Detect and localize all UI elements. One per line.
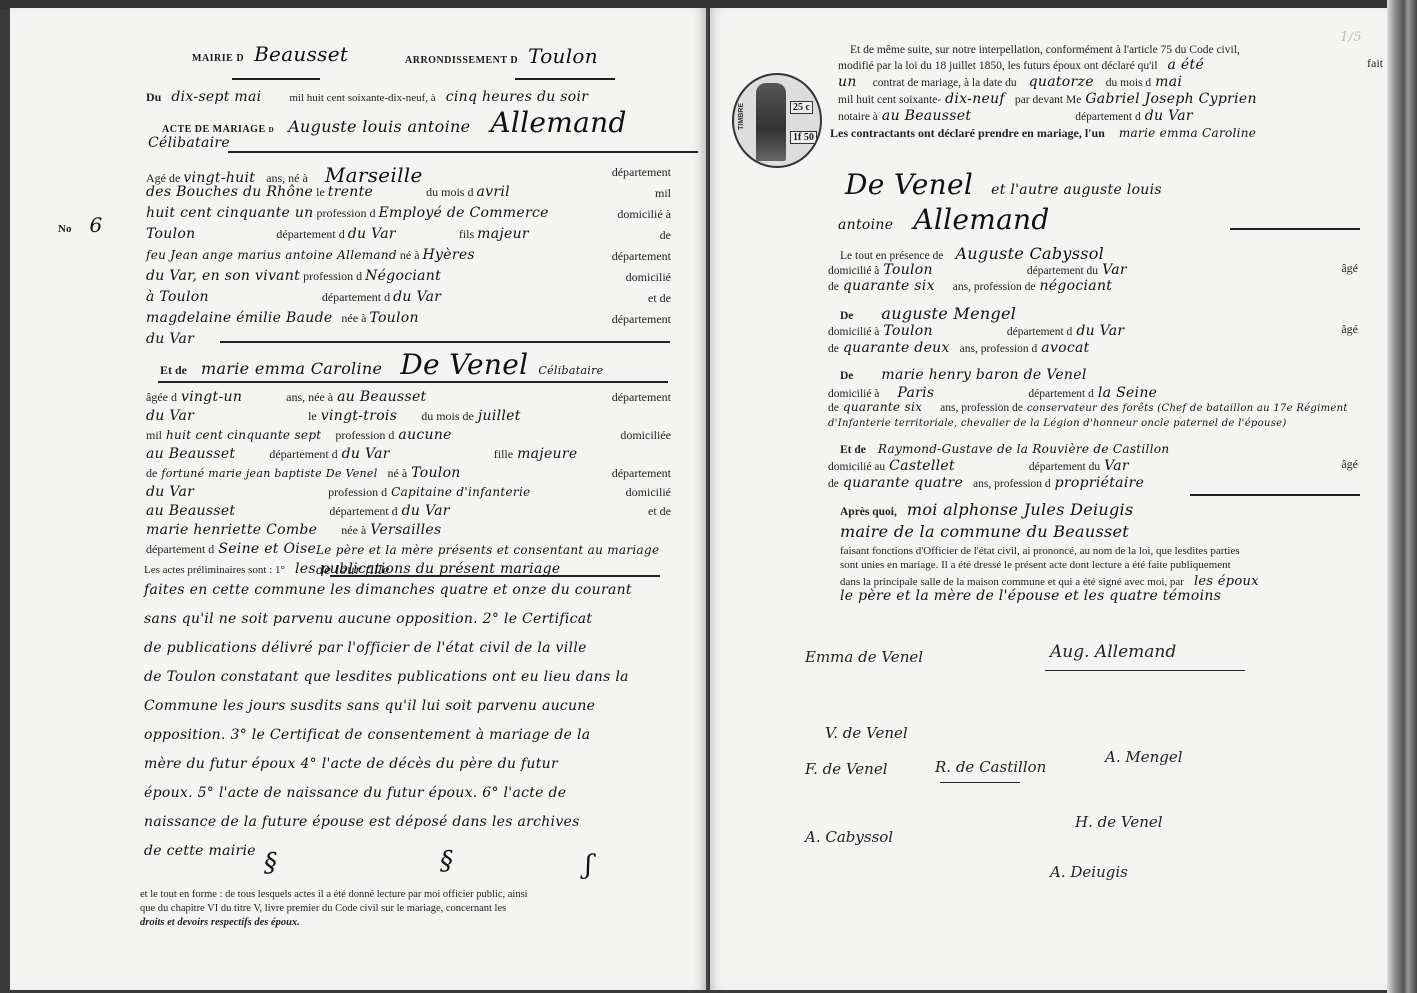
bride-row-3: mil huit cent cinquante sept profession … <box>146 426 671 446</box>
label: du mois d <box>426 185 473 199</box>
bride-row-2: du Var le vingt-trois du mois de juillet <box>146 407 671 427</box>
bride-birth-dept: du Var <box>146 408 194 424</box>
faint-page-number: 1/5 <box>1340 30 1362 45</box>
contract-block: Et de même suite, sur notre interpellati… <box>838 44 1383 144</box>
groom-domicile: Toulon <box>146 226 195 242</box>
rule <box>940 782 1020 783</box>
label: de <box>660 228 671 243</box>
label: département <box>612 390 671 405</box>
footer-line: droits et devoirs respectifs des époux. <box>140 916 670 930</box>
groom-mother-dept: du Var <box>146 331 194 347</box>
label: département d <box>269 447 337 461</box>
rule <box>515 78 615 80</box>
actes-line: de publications délivré par l'officier d… <box>144 640 674 669</box>
label: fait <box>1367 56 1383 71</box>
bride-row-7: au Beausset département d du Var et de <box>146 502 671 522</box>
label: du mois de <box>421 409 474 423</box>
label: département d <box>322 290 390 304</box>
contract-un: un <box>838 74 857 90</box>
groom-father-birthplace: Hyères <box>423 247 475 263</box>
bride-row-4: au Beausset département d du Var fille m… <box>146 445 671 465</box>
stamp-value-bottom: 1f 50 <box>790 131 817 144</box>
bride-status: Célibataire <box>538 364 603 377</box>
bride-father-name: fortuné marie jean baptiste De Venel <box>161 467 377 480</box>
groom-father-name: feu Jean ange marius antoine Allemand <box>146 248 397 262</box>
actes-line: les publications du présent mariage <box>295 561 560 577</box>
scanned-register-spread: No 6 MAIRIE D Beausset ARRONDISSEMENT D … <box>0 0 1417 993</box>
footer-line: que du chapitre VI du titre V, livre pre… <box>140 902 670 916</box>
witness-profession: avocat <box>1041 340 1089 356</box>
hour-value: cinq heures du soir <box>446 89 589 105</box>
label: ans, profession d <box>960 343 1038 355</box>
witness-name: auguste Mengel <box>881 304 1016 323</box>
label: notaire à <box>838 111 878 123</box>
officer-printed-line: dans la principale salle de la maison co… <box>840 576 1184 588</box>
groom-father-domicile-dept: du Var <box>393 289 441 305</box>
witness-name: Raymond-Gustave de la Rouvière de Castil… <box>878 442 1170 456</box>
bride-label: Et de <box>160 363 187 377</box>
flourish: § <box>264 848 277 878</box>
label: le <box>316 185 325 199</box>
signature-witness: H. de Venel <box>1075 813 1163 831</box>
signed-by: les époux <box>1194 574 1259 589</box>
label: mil <box>146 428 162 442</box>
groom-given-names: Auguste louis antoine <box>288 117 470 136</box>
officer-row: Après quoi, moi alphonse Jules Deiugis <box>840 500 1385 522</box>
actes-row-0: Les actes préliminaires sont : 1° les pu… <box>144 560 674 582</box>
date-line: Du dix-sept mai mil huit cent soixante-d… <box>146 88 588 106</box>
notary-dept: du Var <box>1145 108 1193 124</box>
notary-place: au Beausset <box>882 108 971 124</box>
groom-row-4: Toulon département d du Var fils majeur … <box>146 226 671 246</box>
groom-birth-month: avril <box>476 184 509 200</box>
label: De <box>840 370 853 382</box>
footer-line: et le tout en forme : de tous lesquels a… <box>140 888 670 902</box>
witness-row: domicilié à Toulon département d du Var … <box>828 322 1358 339</box>
witness-4: Et de Raymond-Gustave de la Rouvière de … <box>828 440 1358 490</box>
label: de <box>828 402 839 414</box>
actes-line: époux. 5° l'acte de naissance du futur é… <box>144 785 674 814</box>
officer-row: dans la principale salle de la maison co… <box>840 572 1385 588</box>
bride-father-profession: Capitaine d'infanterie <box>391 485 530 499</box>
contract-line: Et de même suite, sur notre interpellati… <box>838 44 1383 56</box>
arrondissement-label: ARRONDISSEMENT D <box>405 55 518 66</box>
contract-year: dix-neuf <box>945 91 1005 107</box>
mairie-value: Beausset <box>254 42 348 66</box>
groom-row-8: magdelaine émilie Baude née à Toulon dép… <box>146 310 671 330</box>
groom-row-2: des Bouches du Rhône le trente du mois d… <box>146 184 671 204</box>
rule <box>1230 228 1360 230</box>
stamp-side-text: TIMBRE <box>738 103 745 130</box>
date-du-label: Du <box>146 90 161 104</box>
witness-row: de quarante deux ans, profession d avoca… <box>828 339 1358 355</box>
label: département <box>612 249 671 264</box>
rule <box>232 78 320 80</box>
witness-domicile: Toulon <box>883 262 932 278</box>
bride-row-8: marie henriette Combe née à Versailles <box>146 521 671 541</box>
groom-status-value: Célibataire <box>148 135 230 151</box>
label: âgé <box>1341 261 1358 276</box>
label: département d <box>1028 388 1093 400</box>
label: Et de <box>840 444 866 456</box>
officer-title: maire de la commune du Beausset <box>840 522 1129 541</box>
act-number: No 6 <box>58 213 102 237</box>
bride-mother-name: marie henriette Combe <box>146 522 317 538</box>
officer-printed-line: sont unies en mariage. Il a été dressé l… <box>840 558 1385 572</box>
act-number-label: No <box>58 223 71 235</box>
left-page: No 6 MAIRIE D Beausset ARRONDISSEMENT D … <box>10 8 708 990</box>
label: département d <box>1075 111 1140 123</box>
label: née à <box>341 311 366 325</box>
label: profession d <box>328 485 387 499</box>
contract-et-lautre: et l'autre auguste louis <box>991 182 1162 198</box>
groom-birth-dept: des Bouches du Rhône <box>146 184 313 200</box>
groom-row-5: feu Jean ange marius antoine Allemand né… <box>146 247 671 267</box>
witness-age: quarante six <box>843 278 935 294</box>
label: De <box>840 310 853 322</box>
year-printed: mil huit cent soixante-dix-neuf, à <box>289 92 435 104</box>
label: domicilié à <box>828 388 879 400</box>
label: fils <box>459 227 474 241</box>
actes-line: de Toulon constatant que lesdites public… <box>144 669 674 698</box>
bride-surname: De Venel <box>400 348 528 381</box>
rule <box>158 381 668 383</box>
signature-witness: F. de Venel <box>805 760 888 778</box>
actes-line: Commune les jours susdits sans qu'il lui… <box>144 698 674 727</box>
bride-given-names: marie emma Caroline <box>201 359 382 378</box>
contract-row-2: modifié par la loi du 18 juillet 1850, l… <box>838 56 1383 73</box>
label: mil <box>655 186 671 201</box>
legal-footer: et le tout en forme : de tous lesquels a… <box>140 888 670 930</box>
rule <box>228 151 698 153</box>
label: domicilié à <box>617 207 671 222</box>
label: domicilié à <box>828 265 879 277</box>
witness-dept: Var <box>1102 262 1127 278</box>
bride-father-dept: du Var <box>146 484 194 500</box>
stamp-value-top: 25 c <box>790 101 813 114</box>
witness-domicile: Toulon <box>883 323 932 339</box>
consent-note: Le père et la mère présents et consentan… <box>316 540 671 560</box>
bride-majeure: majeure <box>517 446 577 462</box>
actes-line: mère du futur époux 4° l'acte de décès d… <box>144 756 674 785</box>
actes-label: Les actes préliminaires sont : 1° <box>144 564 285 576</box>
actes-line: opposition. 3° le Certificat de consente… <box>144 727 674 756</box>
label: par devant Me <box>1015 94 1081 106</box>
groom-domicile-dept: du Var <box>348 226 396 242</box>
label: le <box>308 409 317 423</box>
label: né à <box>400 248 420 262</box>
contract-row-4: mil huit cent soixante- dix-neuf par dev… <box>838 90 1383 107</box>
groom-row-3: huit cent cinquante un profession d Empl… <box>146 205 671 225</box>
contract-row-6: Les contractants ont déclaré prendre en … <box>830 124 1383 144</box>
groom-profession: Employé de Commerce <box>378 205 548 221</box>
signature-bride: Emma de Venel <box>805 648 923 666</box>
label: ans, née à <box>286 390 333 404</box>
apres-quoi-label: Après quoi, <box>840 506 897 518</box>
flourish: § <box>440 846 453 876</box>
witness-name: marie henry baron de Venel <box>881 367 1086 383</box>
witness-domicile: Paris <box>897 385 934 401</box>
contract-groom-given: antoine <box>838 217 893 233</box>
label: profession d <box>335 428 394 442</box>
label: ans, né à <box>266 171 308 185</box>
officer-row: maire de la commune du Beausset <box>840 522 1385 544</box>
officer-block: Après quoi, moi alphonse Jules Deiugis m… <box>840 500 1385 604</box>
contract-row-5: notaire à au Beausset département d du V… <box>838 107 1383 124</box>
officer-name: moi alphonse Jules Deiugis <box>907 500 1134 519</box>
label: née à <box>341 523 366 537</box>
label: département d <box>276 227 344 241</box>
groom-mother-birthplace: Toulon <box>369 310 418 326</box>
contract-names: De Venel et l'autre auguste louis <box>845 168 1162 201</box>
label: département <box>612 312 671 327</box>
witness-1: Le tout en présence de Auguste Cabyssol … <box>828 244 1358 293</box>
witness-dept: la Seine <box>1098 385 1157 401</box>
label: département <box>612 165 671 180</box>
groom-father-domicile: à Toulon <box>146 289 209 305</box>
label: du mois d <box>1106 77 1151 89</box>
bride-birth-month: juillet <box>478 408 521 424</box>
label: domicilié <box>626 485 671 500</box>
label: de <box>828 478 839 490</box>
label: âgée d <box>146 390 177 404</box>
contract-groom-surname: Allemand <box>913 203 1049 236</box>
bride-row-6: du Var profession d Capitaine d'infanter… <box>146 483 671 503</box>
label: de <box>146 466 157 480</box>
label: ans, profession d <box>973 478 1051 490</box>
bride-birth-day: vingt-trois <box>321 408 397 424</box>
label: domicilié à <box>828 326 879 338</box>
actes-preliminaires: Les actes préliminaires sont : 1° les pu… <box>144 560 674 872</box>
label: domiciliée <box>620 428 671 443</box>
rule <box>1190 494 1360 496</box>
witness-dept: du Var <box>1076 323 1124 339</box>
bride-mother-dept: Seine et Oise <box>218 541 316 557</box>
witness-row: Et de Raymond-Gustave de la Rouvière de … <box>828 440 1358 457</box>
label: profession d <box>303 269 362 283</box>
date-value: dix-sept mai <box>171 89 261 105</box>
signature-witness: V. de Venel <box>825 724 908 742</box>
label: domicilié au <box>828 461 885 473</box>
witness-row: de quarante six ans, profession de négoc… <box>828 277 1358 293</box>
label: département d <box>146 542 214 556</box>
contract-a-ete: a été <box>1168 57 1205 73</box>
notary-name: Gabriel Joseph Cyprien <box>1085 91 1256 107</box>
bride-row-1: âgée d vingt-un ans, née à au Beausset d… <box>146 388 671 408</box>
actes-line: sans qu'il ne soit parvenu aucune opposi… <box>144 611 674 640</box>
label: département d <box>1007 326 1072 338</box>
act-number-value: 6 <box>89 213 102 237</box>
actes-line: faites en cette commune les dimanches qu… <box>144 582 674 611</box>
witness-dept: Var <box>1104 458 1129 474</box>
label: ans, profession de <box>953 281 1036 293</box>
contract-groom: antoine Allemand <box>838 203 1050 236</box>
bride-father-domicile: au Beausset <box>146 503 235 519</box>
label: département du <box>1029 461 1100 473</box>
signature-witness: A. Mengel <box>1105 748 1183 766</box>
groom-row-1: Agé de vingt-huit ans, né à Marseille dé… <box>146 163 671 183</box>
bride-row-5: de fortuné marie jean baptiste De Venel … <box>146 464 671 484</box>
contract-row-3: un contrat de mariage, à la date du quat… <box>838 73 1383 90</box>
label: mil huit cent soixante- <box>838 94 941 106</box>
contract-month: mai <box>1155 74 1182 90</box>
rule <box>220 341 670 343</box>
label: âgé <box>1341 322 1358 337</box>
arrondissement-value: Toulon <box>528 44 598 68</box>
witness-row: de quarante quatre ans, profession d pro… <box>828 474 1358 490</box>
acte-line: ACTE DE MARIAGE d Auguste louis antoine … <box>162 106 627 139</box>
witness-age: quarante deux <box>843 340 950 356</box>
witness-row: De auguste Mengel <box>828 304 1358 322</box>
groom-surname: Allemand <box>490 106 626 139</box>
witness-row: de quarante six ans, profession de conse… <box>828 400 1388 440</box>
label: département d <box>329 504 397 518</box>
bride-birth-year: huit cent cinquante sept <box>166 428 321 442</box>
witness-row: De marie henry baron de Venel <box>828 366 1388 384</box>
witness-profession: propriétaire <box>1055 475 1145 491</box>
witness-row: domicilié à Toulon département du Var âg… <box>828 261 1358 277</box>
witness-profession: négociant <box>1039 278 1112 294</box>
signature-witness: A. Cabyssol <box>805 828 893 846</box>
label: département du <box>1027 265 1098 277</box>
label: né à <box>388 466 408 480</box>
label: ans, profession de <box>940 402 1023 414</box>
actes-line: naissance de la future épouse est déposé… <box>144 814 674 843</box>
revenue-stamp: TIMBRE 25 c 1f 50 <box>732 73 822 168</box>
label: domicilié <box>626 270 671 285</box>
bride-domicile-dept: du Var <box>342 446 390 462</box>
bride-father-birthplace: Toulon <box>411 465 460 481</box>
right-page: TIMBRE 25 c 1f 50 1/5 Et de même suite, … <box>710 8 1390 990</box>
contract-bride-given: marie emma Caroline <box>1119 126 1256 140</box>
label: âgé <box>1341 457 1358 472</box>
label: et de <box>648 504 671 519</box>
label: département <box>612 466 671 481</box>
signature-witness: R. de Castillon <box>935 758 1046 776</box>
bride-birthplace: au Beausset <box>337 389 426 405</box>
signature-mayor: A. Deiugis <box>1050 863 1128 881</box>
justice-figure-icon <box>756 83 786 161</box>
groom-majeur: majeur <box>477 226 529 242</box>
groom-row-7: à Toulon département d du Var et de <box>146 289 671 309</box>
officer-printed-line: faisant fonctions d'Officier de l'état c… <box>840 544 1385 558</box>
label: et de <box>648 291 671 306</box>
label: fille <box>494 447 513 461</box>
contract-date: quatorze <box>1029 74 1094 90</box>
actes-line: de cette mairie <box>144 843 674 872</box>
bride-domicile: au Beausset <box>146 446 235 462</box>
bride-age: vingt-un <box>181 389 242 405</box>
contract-line: modifié par la loi du 18 juillet 1850, l… <box>838 60 1158 72</box>
contract-bride-surname: De Venel <box>845 168 973 201</box>
label: de <box>828 281 839 293</box>
bride-profession: aucune <box>398 427 451 443</box>
groom-status: Célibataire <box>148 134 230 152</box>
bride-father-domicile-dept: du Var <box>402 503 450 519</box>
witness-domicile: Castellet <box>889 458 955 474</box>
label: Les contractants ont déclaré prendre en … <box>830 126 1105 140</box>
arrondissement-header: ARRONDISSEMENT D Toulon <box>405 44 598 68</box>
groom-row-6: du Var, en son vivant profession d Négoc… <box>146 268 671 288</box>
bride-line: Et de marie emma Caroline De Venel Célib… <box>160 348 604 381</box>
witness-age: quarante six <box>843 400 922 414</box>
label: profession d <box>316 206 375 220</box>
bride-mother-birthplace: Versailles <box>370 522 441 538</box>
label: de <box>828 343 839 355</box>
witness-row: domicilié au Castellet département du Va… <box>828 457 1358 474</box>
groom-father-dept: du Var, en son vivant <box>146 268 300 284</box>
flourish: ʃ <box>585 850 592 880</box>
witness-age: quarante quatre <box>843 475 963 491</box>
rule <box>1045 670 1245 671</box>
groom-father-profession: Négociant <box>365 268 441 284</box>
book-edge <box>1387 0 1417 993</box>
signature-groom: Aug. Allemand <box>1050 642 1176 662</box>
label: Agé de <box>146 171 180 185</box>
groom-mother-name: magdelaine émilie Baude <box>146 310 332 326</box>
signed-by-2: le père et la mère de l'épouse et les qu… <box>840 588 1385 604</box>
witness-2: De auguste Mengel domicilié à Toulon dép… <box>828 304 1358 355</box>
mairie-label: MAIRIE D <box>192 53 244 64</box>
witness-3: De marie henry baron de Venel domicilié … <box>828 366 1388 440</box>
groom-birth-year: huit cent cinquante un <box>146 205 313 221</box>
groom-birth-day: trente <box>328 184 373 200</box>
mairie-header: MAIRIE D Beausset <box>192 42 348 66</box>
label: contrat de mariage, à la date du <box>873 77 1017 89</box>
witness-row: Le tout en présence de Auguste Cabyssol <box>828 244 1358 261</box>
witness-row: domicilié à Paris département d la Seine <box>828 384 1388 400</box>
